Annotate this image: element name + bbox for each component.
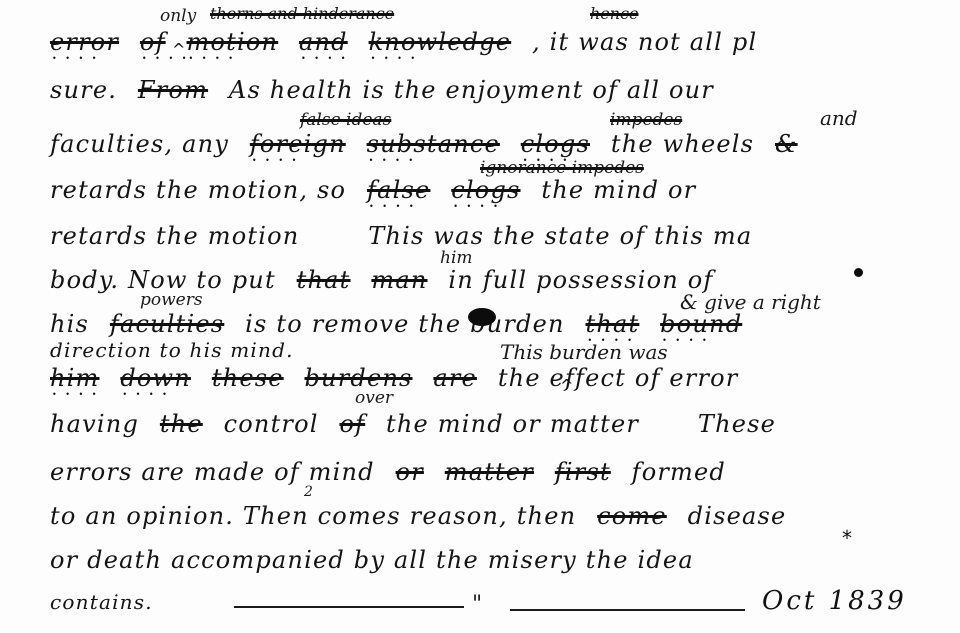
line-text: the effect of error [498, 364, 739, 392]
struck-word: faculties [110, 310, 224, 338]
struck-word: these [212, 364, 284, 392]
struck-word: matter [445, 458, 534, 486]
struck-word: first [555, 458, 611, 486]
line-text: in full possession of [448, 266, 713, 294]
line-text: retards the motion [50, 222, 299, 250]
struck-word: or [396, 458, 424, 486]
line-text: These [698, 410, 776, 438]
line-text: is to remove the burden [245, 310, 564, 338]
line-text: faculties, any [50, 130, 229, 158]
manuscript-line-12: to an opinion. Then comes reason, then c… [50, 502, 798, 530]
struck-word: & [775, 130, 798, 158]
struck-word: are [433, 364, 477, 392]
manuscript-line-2: sure. From As health is the enjoyment of… [50, 76, 726, 104]
line-text: sure. [50, 76, 117, 104]
struck-word: come [597, 502, 667, 530]
insertion-powers: powers [140, 290, 203, 310]
struck-word: him [50, 364, 100, 392]
line-text: errors are made of mind [50, 458, 375, 486]
struck-insertion: false ideas [300, 110, 391, 130]
line-text: the wheels [611, 130, 754, 158]
line-text: formed [632, 458, 726, 486]
struck-word: false [367, 176, 430, 204]
manuscript-line-8: direction to his mind. [50, 338, 306, 362]
line-text: to an opinion. Then comes reason, then [50, 502, 576, 530]
struck-word: foreign [250, 130, 346, 158]
struck-word: knowledge [369, 28, 512, 56]
manuscript-page: only thorns and hinderance hence error o… [0, 0, 960, 633]
line-text: the mind or matter [386, 410, 639, 438]
line-text: having [50, 410, 139, 438]
line-text: retards the motion, so [50, 176, 346, 204]
manuscript-line-7: his faculties is to remove the burden th… [50, 310, 754, 338]
insertion-him: him [440, 248, 473, 268]
manuscript-line-9: him down these burdens are the effect of… [50, 364, 750, 392]
struck-word: down [120, 364, 191, 392]
caret-mark: ^ [172, 40, 185, 59]
manuscript-line-13: or death accompanied by all the misery t… [50, 546, 706, 574]
struck-word: substance [367, 130, 500, 158]
ink-blot [468, 308, 496, 326]
insertion-number: 2 [304, 484, 313, 500]
struck-word: From [138, 76, 208, 104]
line-text: disease [688, 502, 787, 530]
manuscript-line-3: faculties, any foreign substance clogs t… [50, 130, 810, 158]
manuscript-date: Oct 1839 [762, 586, 907, 616]
insertion-over: over [355, 388, 393, 408]
line-text: the mind or [541, 176, 696, 204]
struck-word: of [339, 410, 365, 438]
line-text: direction to his mind. [50, 338, 294, 362]
line-text: This was the state of this ma [368, 222, 752, 250]
struck-word: clogs [521, 130, 590, 158]
closing-rule-left [234, 606, 464, 608]
manuscript-line-14: contains. [50, 590, 165, 614]
ditto-mark: " [472, 592, 482, 617]
manuscript-line-10: having the control of the mind or matter… [50, 410, 788, 438]
struck-word: clogs [451, 176, 520, 204]
insertion-this-burden: This burden was [500, 340, 668, 364]
struck-insertion-hence: hence [590, 4, 639, 23]
manuscript-line-5: retards the motion This was the state of… [50, 222, 764, 250]
struck-word: of [140, 28, 166, 56]
struck-insertion: ignorance impedes [480, 158, 644, 178]
manuscript-line-1: error of motion and knowledge , it was n… [50, 28, 769, 56]
struck-word: error [50, 28, 119, 56]
closing-rule-right [510, 609, 745, 611]
struck-word: that [585, 310, 639, 338]
insertion-only: only [160, 6, 196, 26]
line-text: As health is the enjoyment of all our [229, 76, 714, 104]
struck-insertion: thorns and hinderance [210, 4, 394, 23]
line-text: control [224, 410, 319, 438]
manuscript-line-11: errors are made of mind or matter first … [50, 458, 738, 486]
manuscript-line-4: retards the motion, so false clogs the m… [50, 176, 708, 204]
line-text: contains. [50, 590, 153, 614]
insertion-and: and [820, 106, 858, 130]
line-text: his [50, 310, 89, 338]
ink-blot [854, 268, 863, 277]
struck-word: motion [187, 28, 279, 56]
asterisk-mark: * [842, 526, 852, 550]
struck-word: man [371, 266, 427, 294]
line-text: , it was not all pl [532, 28, 757, 56]
struck-word: that [297, 266, 351, 294]
line-text: or death accompanied by all the misery t… [50, 546, 694, 574]
struck-word: and [299, 28, 348, 56]
struck-word: the [160, 410, 203, 438]
struck-word: bound [660, 310, 742, 338]
struck-insertion: impedes [610, 110, 682, 130]
caret-mark: ^ [560, 376, 573, 395]
